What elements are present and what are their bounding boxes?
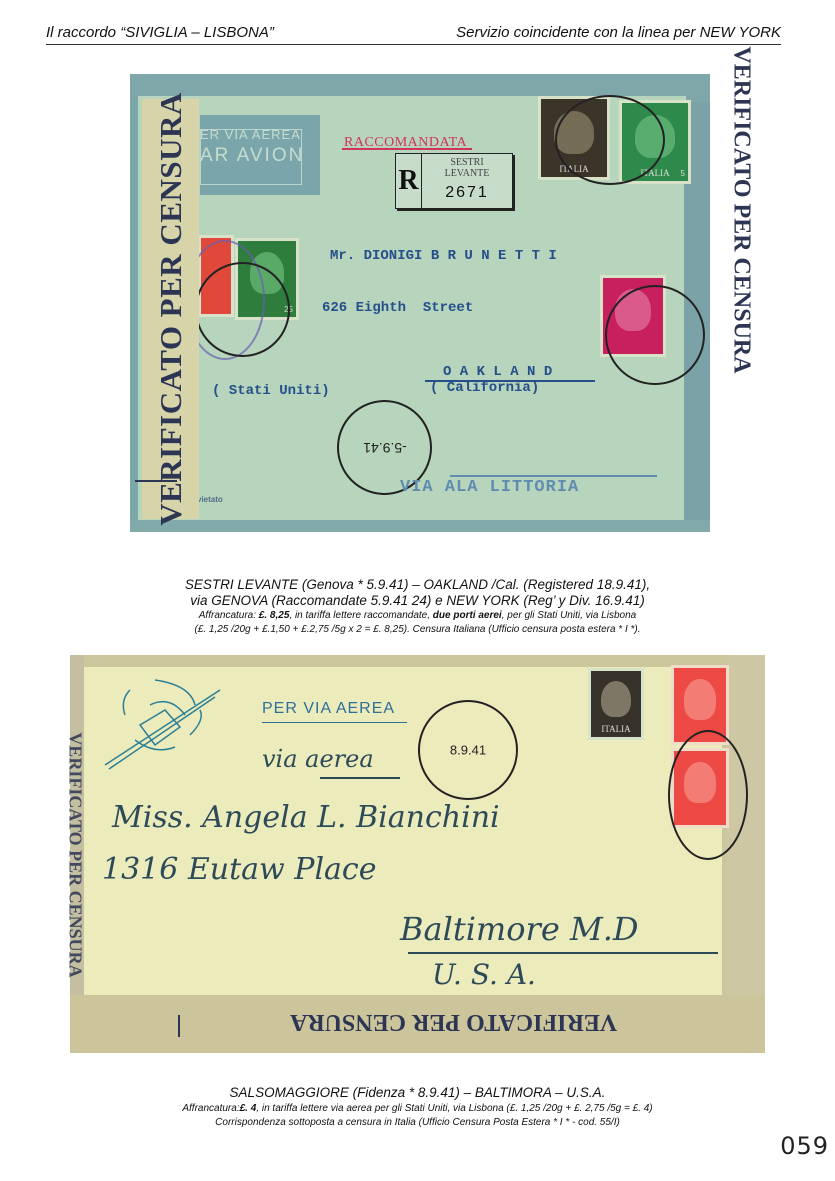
routing-line <box>450 475 657 477</box>
airmail-label-line2: AR AVION <box>200 145 304 167</box>
censor-tape-right: VERIFICATO PER CENSURA <box>726 30 756 390</box>
city-underline <box>408 952 718 954</box>
caption2-line3: Corrispondenza sottoposta a censura in I… <box>0 1117 835 1128</box>
postmark-salsomaggiore-stamps <box>668 730 748 860</box>
stamp-country: ITALIA <box>591 724 641 734</box>
stamp-value: 5 <box>681 169 685 178</box>
censor-tape-left: VERIFICATO PER CENSURA <box>68 660 82 1050</box>
caption1-line3-mid: , in tariffa lettere raccomandate, <box>289 610 432 621</box>
postmark-sestri-left <box>195 262 290 357</box>
caption2-line1: SALSOMAGGIORE (Fidenza * 8.9.41) – BALTI… <box>0 1085 835 1100</box>
postmark-date: 8.9.41 <box>450 743 486 758</box>
caption1-line4: (£. 1,25 /20g + £.1,50 + £.2,75 /5g x 2 … <box>0 624 835 635</box>
airmail-label: ER VIA AEREA AR AVION <box>200 115 320 195</box>
caption1-line3-emph: due porti aerei <box>433 610 502 621</box>
small-print: vietato <box>197 495 223 504</box>
airmail-label: PER VIA AEREA <box>262 700 395 718</box>
registration-number: 2671 <box>422 184 512 202</box>
emperor-portrait-icon <box>684 679 715 720</box>
postmark-sestri-top <box>555 95 665 185</box>
address-line-country: ( Stati Uniti) <box>212 383 330 399</box>
caption1-line3-amount: £. 8,25 <box>259 610 290 621</box>
handwritten-country: U. S. A. <box>432 958 536 991</box>
caption1-line3-prefix: Affrancatura: <box>199 610 259 621</box>
via-aerea-underline <box>320 777 400 779</box>
postmark-date: -5.9.41 <box>363 440 407 456</box>
caption2-line2: Affrancatura:£. 4, in tariffa lettere vi… <box>0 1103 835 1114</box>
censor-tape-right-text: VERIFICATO PER CENSURA <box>728 46 755 373</box>
handwritten-addressee: Miss. Angela L. Bianchini <box>112 800 500 835</box>
airmail-label-line1: ER VIA AEREA <box>200 127 301 142</box>
header-left-title: Il raccordo “SIVIGLIA – LISBONA” <box>46 24 274 41</box>
address-line-street: 626 Eighth Street <box>322 300 473 316</box>
registration-letter: R <box>396 154 422 208</box>
censor-tape-left-text: VERIFICATO PER CENSURA <box>65 732 86 977</box>
page-number: 059 <box>780 1132 829 1160</box>
office-line1: SESTRI <box>422 157 512 168</box>
postmark-sestri-right <box>605 285 705 385</box>
caption1-line3: Affrancatura: £. 8,25, in tariffa letter… <box>0 610 835 621</box>
stamp-airmail-pegasus-50: ITALIA <box>588 668 644 740</box>
handwritten-via-aerea: via aerea <box>262 745 374 773</box>
envelope-border-bottom <box>130 520 710 532</box>
caption1-line2: via GENOVA (Raccomandate 5.9.41 24) e NE… <box>0 593 835 608</box>
caption2-line2-amount: £. 4 <box>240 1103 257 1114</box>
routing-mark: VIA ALA LITTORIA <box>400 478 579 497</box>
office-line2: LEVANTE <box>422 168 512 179</box>
censor-tape-bottom-mark <box>178 1015 180 1037</box>
caption2-line2-prefix: Affrancatura: <box>182 1103 239 1114</box>
censor-tape-bottom-text: VERIFICATO PER CENSURA <box>290 1008 617 1035</box>
postmark-salsomaggiore: 8.9.41 <box>418 700 518 800</box>
censor-tape-vertical: VERIFICATO PER CENSURA <box>142 99 199 519</box>
caption1-line1: SESTRI LEVANTE (Genova * 5.9.41) – OAKLA… <box>0 577 835 592</box>
page-header: Il raccordo “SIVIGLIA – LISBONA” Servizi… <box>46 24 781 45</box>
handwritten-city: Baltimore M.D <box>400 910 639 948</box>
airplane-sketch-icon <box>95 665 235 775</box>
censor-tape-mark <box>135 480 177 482</box>
censor-tape-text: VERIFICATO PER CENSURA <box>153 92 189 526</box>
address-line-state: ( California) <box>430 380 539 396</box>
registered-underline <box>342 148 472 150</box>
registration-office: SESTRI LEVANTE <box>422 157 512 179</box>
handwritten-street: 1316 Eutaw Place <box>102 852 376 887</box>
censor-tape-right-band <box>727 655 765 1053</box>
caption1-line3-suffix: , per gli Stati Uniti, via Lisbona <box>502 610 637 621</box>
pegasus-icon <box>601 681 631 717</box>
caption2-line2-suffix: , in tariffa lettere via aerea per gli S… <box>256 1103 652 1114</box>
address-line-name: Mr. DIONIGI B R U N E T T I <box>330 248 557 264</box>
address-line-city: O A K L A N D <box>443 364 552 380</box>
airmail-label-underline <box>262 722 407 723</box>
registration-label: R SESTRI LEVANTE 2671 <box>395 153 513 209</box>
